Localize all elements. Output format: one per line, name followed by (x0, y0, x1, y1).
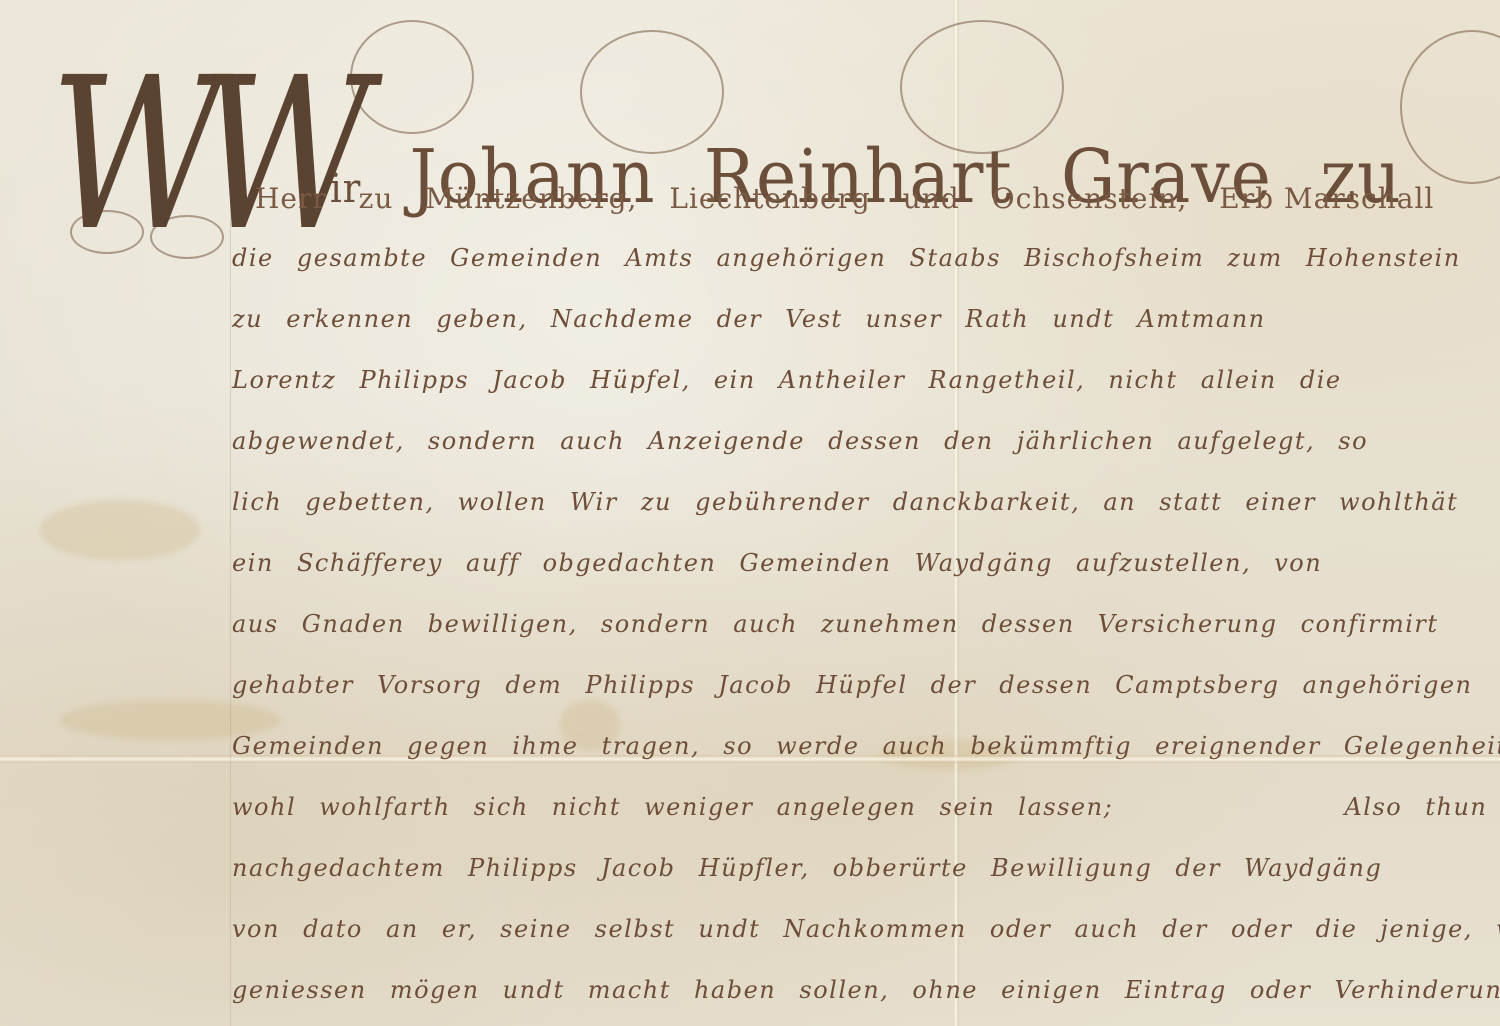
stain-spot (40, 500, 200, 560)
text-line: zu erkennen geben, Nachdeme der Vest uns… (232, 289, 1500, 350)
parchment-document: WW ir Johann Reinhart Grave zu Herr zu M… (0, 0, 1500, 1026)
text-line: wohl wohlfarth sich nicht weniger angele… (232, 777, 1500, 838)
subtitle-word: Ochsenstein, (992, 182, 1188, 215)
calligraphic-flourish-icon (350, 20, 474, 134)
subtitle-word: Müntzenberg, (425, 182, 637, 215)
subtitle-word: Liechtenberg (669, 182, 871, 215)
text-line: Lorentz Philipps Jacob Hüpfel, ein Anthe… (232, 350, 1500, 411)
text-line: nachgedachtem Philipps Jacob Hüpfler, ob… (232, 838, 1500, 899)
initial-letter: W (50, 32, 199, 277)
text-line: von dato an er, seine selbst undt Nachko… (232, 899, 1500, 960)
subtitle-word: Herr (255, 182, 327, 215)
text-line: lich gebetten, wollen Wir zu gebührender… (232, 472, 1500, 533)
text-line: geniessen mögen undt macht haben sollen,… (232, 960, 1500, 1021)
manuscript-body: die gesambte Gemeinden Amts angehörigen … (232, 228, 1500, 1021)
margin-rule (230, 200, 231, 1026)
subtitle-word: und (903, 182, 960, 215)
text-line: abgewendet, sondern auch Anzeigende dess… (232, 411, 1500, 472)
subtitle-line: Herr zu Müntzenberg, Liechtenberg und Oc… (255, 182, 1456, 215)
subtitle-word: zu (359, 182, 394, 215)
subtitle-word: Erb Marschall (1219, 182, 1434, 215)
text-line: die gesambte Gemeinden Amts angehörigen … (232, 228, 1500, 289)
text-line: ein Schäfferey auff obgedachten Gemeinde… (232, 533, 1500, 594)
text-line: aus Gnaden bewilligen, sondern auch zune… (232, 594, 1500, 655)
text-line: Gemeinden gegen ihme tragen, so werde au… (232, 716, 1500, 777)
text-line: gehabter Vorsorg dem Philipps Jacob Hüpf… (232, 655, 1500, 716)
